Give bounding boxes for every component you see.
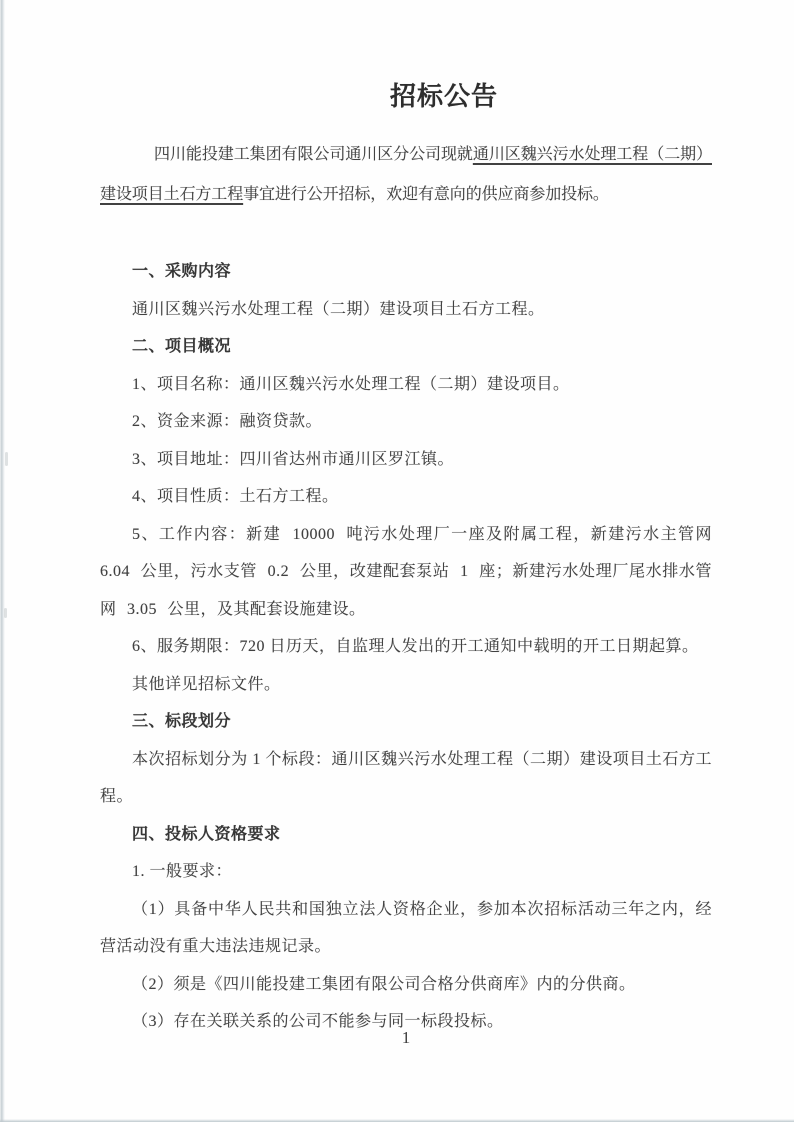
intro-closing-text: 事宜进行公开招标，欢迎有意向的供应商参加投标。	[243, 186, 609, 203]
section-2-heading: 二、项目概况	[100, 328, 712, 366]
scan-left-edge-shadow	[0, 0, 5, 1122]
project-nature-item: 4、项目性质：土石方工程。	[100, 478, 712, 516]
section-bidder-qualifications: 四、投标人资格要求 1. 一般要求： （1）具备中华人民共和国独立法人资格企业，…	[100, 816, 712, 1041]
section-3-heading: 三、标段划分	[100, 703, 712, 741]
page-number: 1	[100, 1028, 712, 1048]
document-body: 一、采购内容 通川区魏兴污水处理工程（二期）建设项目土石方工程。 二、项目概况 …	[100, 253, 712, 1041]
section-1-paragraph: 通川区魏兴污水处理工程（二期）建设项目土石方工程。	[100, 291, 712, 329]
scan-smudge	[4, 608, 7, 618]
service-period-item: 6、服务期限：720 日历天，自监理人发出的开工通知中载明的开工日期起算。	[100, 628, 712, 666]
section-procurement-content: 一、采购内容 通川区魏兴污水处理工程（二期）建设项目土石方工程。	[100, 253, 712, 328]
section-bid-lot-division: 三、标段划分 本次招标划分为 1 个标段：通川区魏兴污水处理工程（二期）建设项目…	[100, 703, 712, 816]
requirement-item-2: （2）须是《四川能投建工集团有限公司合格分供商库》内的分供商。	[100, 966, 712, 1004]
funding-source-item: 2、资金来源：融资贷款。	[100, 403, 712, 441]
section-3-paragraph: 本次招标划分为 1 个标段：通川区魏兴污水处理工程（二期）建设项目土石方工程。	[100, 741, 712, 816]
other-details-note: 其他详见招标文件。	[100, 666, 712, 704]
general-requirements-label: 1. 一般要求：	[100, 853, 712, 891]
section-1-heading: 一、采购内容	[100, 253, 712, 291]
document-content: 招标公告 四川能投建工集团有限公司通川区分公司现就通川区魏兴污水处理工程（二期）…	[100, 0, 712, 1041]
project-address-item: 3、项目地址：四川省达州市通川区罗江镇。	[100, 441, 712, 479]
section-4-heading: 四、投标人资格要求	[100, 816, 712, 854]
requirement-item-1: （1）具备中华人民共和国独立法人资格企业，参加本次招标活动三年之内，经营活动没有…	[100, 891, 712, 966]
scan-smudge	[5, 452, 8, 466]
intro-lead-text: 四川能投建工集团有限公司通川区分公司现就	[154, 146, 473, 163]
intro-paragraph: 四川能投建工集团有限公司通川区分公司现就通川区魏兴污水处理工程（二期）建设项目土…	[100, 135, 712, 215]
document-title: 招标公告	[138, 75, 750, 119]
project-name-item: 1、项目名称：通川区魏兴污水处理工程（二期）建设项目。	[100, 366, 712, 404]
scanned-document-page: 招标公告 四川能投建工集团有限公司通川区分公司现就通川区魏兴污水处理工程（二期）…	[0, 0, 794, 1122]
section-project-overview: 二、项目概况 1、项目名称：通川区魏兴污水处理工程（二期）建设项目。 2、资金来…	[100, 328, 712, 703]
work-content-item: 5、工作内容：新建 10000 吨污水处理厂一座及附属工程，新建污水主管网 6.…	[100, 516, 712, 629]
